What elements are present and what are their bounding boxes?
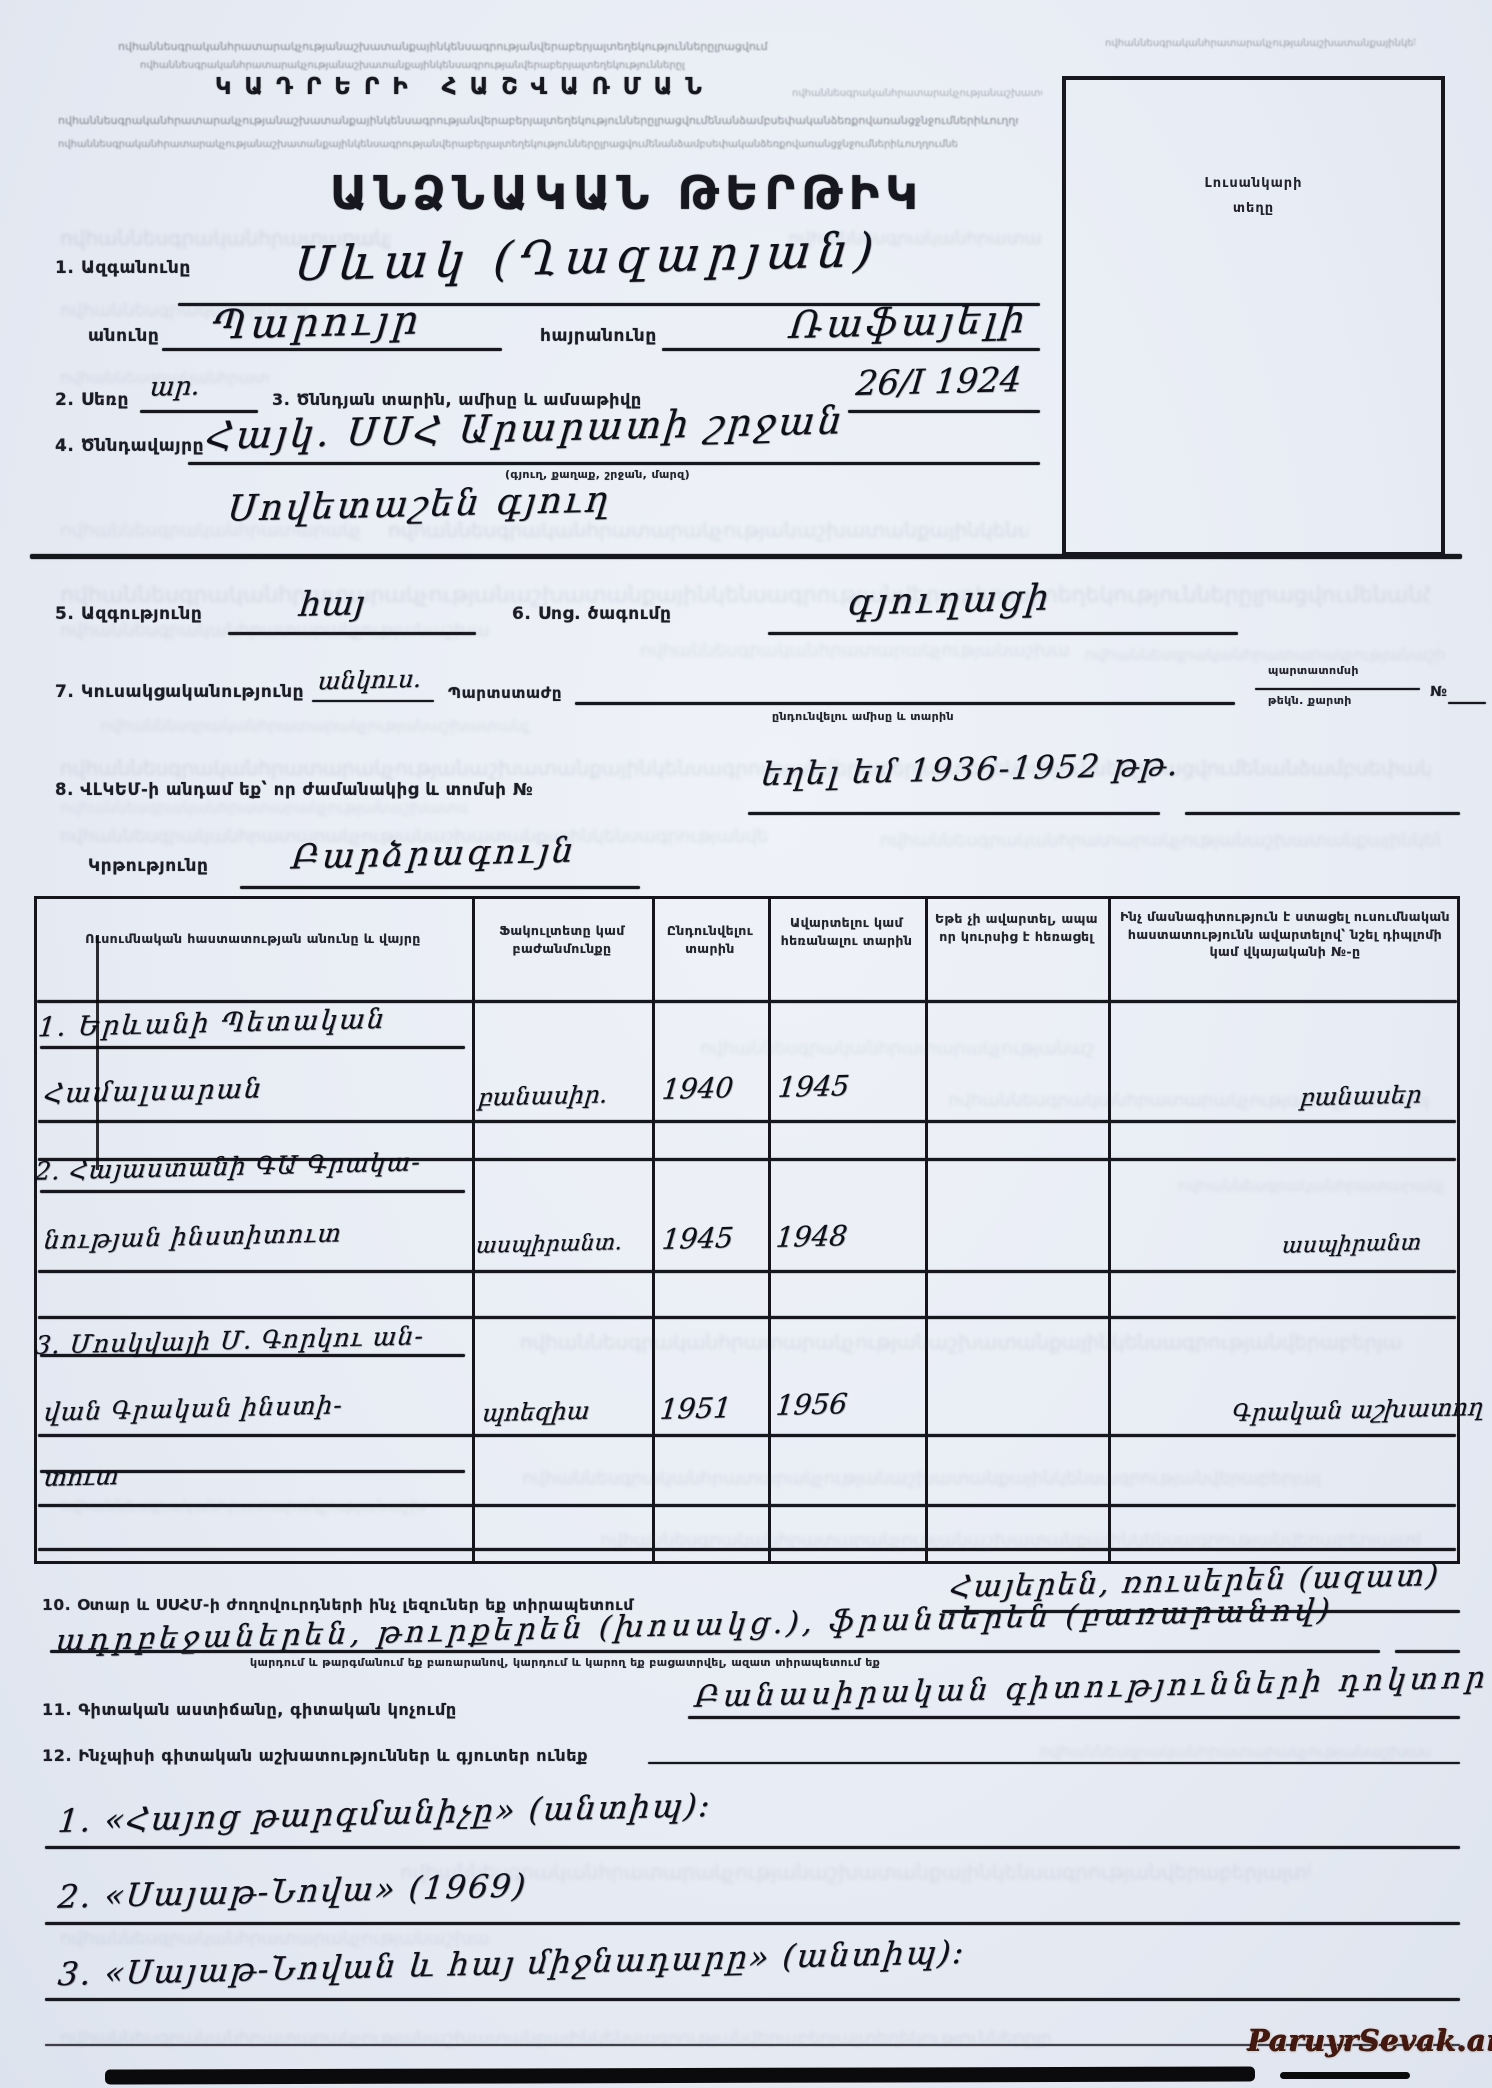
party-card-label-line2: թեկն. քարտի bbox=[1268, 694, 1352, 707]
surname-value: Սևակ (Ղազարյան) bbox=[292, 223, 882, 292]
rule-line bbox=[1448, 702, 1486, 704]
rule-line bbox=[162, 348, 502, 351]
education-label: Կրթությունը bbox=[88, 856, 209, 876]
bleedthrough-text: ովհաննեսգրականհրատարակչությանաշխատանքայի… bbox=[1085, 645, 1445, 664]
patronymic-value: Ռաֆայելի bbox=[788, 297, 1031, 347]
table-header-separator bbox=[37, 1000, 1457, 1003]
page-title: ԱՆՁՆԱԿԱՆ ԹԵՐԹԻԿ bbox=[330, 166, 924, 220]
form-department-heading: ԿԱԴՐԵՐԻ ՀԱՇՎԱՌՄԱՆ bbox=[215, 74, 715, 100]
bleedthrough-text: ովհաննեսգրականհրատարակչությանաշխատանքայի… bbox=[60, 756, 1430, 780]
rule-line bbox=[228, 632, 476, 635]
works-label: 12. Ինչպիսի գիտական աշխատություններ և գյ… bbox=[42, 1746, 588, 1765]
scanned-personnel-form: ԿԱԴՐԵՐԻ ՀԱՇՎԱՌՄԱՆ ԱՆՁՆԱԿԱՆ ԹԵՐԹԻԿ Լուսան… bbox=[0, 0, 1492, 2088]
table-row-2-specialty: ասպիրանտ bbox=[1281, 1230, 1423, 1258]
nationality-label: 5. Ազգությունը bbox=[55, 604, 202, 624]
table-row-2-year-finished: 1948 bbox=[774, 1219, 848, 1254]
firstname-value: Պարույր bbox=[210, 297, 425, 348]
table-row-3-faculty: պոեզիա bbox=[481, 1397, 591, 1428]
birthdate-value: 26/I 1924 bbox=[854, 360, 1023, 404]
fine-print-text: ովհաննեսգրականհրատարակչությանաշխատանքայի… bbox=[58, 114, 1018, 127]
komsomol-value: եղել եմ 1936-1952 թթ. bbox=[760, 745, 1182, 793]
fine-print-text: ովհաննեսգրականհրատարակչությանաշխատանքայի… bbox=[58, 139, 958, 150]
table-header-year-finished: Ավարտելու կամ հեռանալու տարին bbox=[772, 914, 921, 949]
table-row-2-faculty: ասպիրանտ. bbox=[475, 1230, 624, 1259]
sex-value: ար. bbox=[149, 371, 202, 402]
table-row-3-institution-line3: տուտ bbox=[43, 1461, 121, 1492]
party-value: անկուս. bbox=[317, 665, 423, 696]
party-admission-hint: ընդունվելու ամիսը և տարին bbox=[772, 710, 954, 723]
rule-line bbox=[50, 1650, 1380, 1653]
table-row-1-faculty: բանասիր. bbox=[477, 1080, 609, 1111]
work-item-2: 2. «Սայաթ-Նովա» (1969) bbox=[56, 1866, 529, 1916]
table-row-3-year-finished: 1956 bbox=[774, 1387, 848, 1422]
table-column-border bbox=[1108, 899, 1111, 1561]
rule-line bbox=[38, 1504, 1456, 1507]
work-item-3: 3. «Սայաթ-Նովան և հայ միջնադարը» (անտիպ)… bbox=[56, 1933, 967, 1993]
education-value: Բարձրագույն bbox=[290, 830, 578, 877]
degree-label: 11. Գիտական աստիճանը, գիտական կոչումը bbox=[42, 1700, 457, 1719]
table-header-year-admitted: Ընդունվելու տարին bbox=[656, 922, 764, 957]
rule-line bbox=[188, 462, 1040, 465]
rule-line bbox=[648, 1762, 1460, 1764]
komsomol-label: 8. ՎԼԿԵՄ-ի անդամ եք՝ որ ժամանակից և տոմս… bbox=[55, 780, 533, 799]
section-divider bbox=[30, 554, 1462, 559]
party-label: 7. Կուսակցականությունը bbox=[55, 682, 304, 702]
birthplace-label: 4. Ծննդավայրը bbox=[55, 436, 204, 456]
rule-line bbox=[848, 410, 1040, 413]
scan-edge-mark bbox=[96, 935, 99, 1170]
rule-line bbox=[575, 702, 1235, 705]
bleedthrough-text: ովհաննեսգրականհրատարակչությանաշխատանքայի… bbox=[640, 640, 1070, 661]
languages-proficiency-hint: կարդում և թարգմանում եք բառարանով, կարդո… bbox=[250, 1656, 880, 1669]
table-column-border bbox=[472, 899, 475, 1561]
photo-placeholder-label: Լուսանկարի տեղը bbox=[1066, 172, 1441, 221]
rule-line bbox=[1395, 1650, 1460, 1653]
bleedthrough-text: ովհաննեսգրականհրատարակչությանաշխատանքայի… bbox=[100, 716, 530, 735]
table-header-institution: Ուսումնական հաստատության անունը և վայրը bbox=[40, 930, 466, 948]
rule-line bbox=[748, 812, 1160, 815]
party-card-label-line1: պարտատոմսի bbox=[1268, 664, 1359, 677]
bleedthrough-text: ովհաննեսգրականհրատարակչությանաշխատանքայի… bbox=[1040, 1742, 1430, 1761]
rule-line bbox=[38, 1316, 1456, 1319]
sex-label: 2. Սեռը bbox=[55, 390, 129, 410]
table-row-3-year-admitted: 1951 bbox=[658, 1391, 732, 1426]
bleedthrough-text: ովհաննեսգրականհրատարակչությանաշխատանքայի… bbox=[60, 583, 1430, 608]
rule-line bbox=[240, 886, 640, 889]
rule-line bbox=[45, 1846, 1460, 1849]
fine-print-text: ովհաննեսգրականհրատարակչությանաշխատանքայի… bbox=[1105, 38, 1415, 49]
rule-line bbox=[40, 1190, 465, 1193]
rule-line bbox=[768, 632, 1238, 635]
fine-print-text: ովհաննեսգրականհրատարակչությանաշխատանքայի… bbox=[792, 88, 1042, 99]
scan-edge-bar bbox=[1280, 2072, 1410, 2079]
rule-line bbox=[38, 1434, 1456, 1437]
table-header-specialty: Ինչ մասնագիտություն է ստացել ուսումնական… bbox=[1114, 908, 1456, 961]
rule-line bbox=[38, 1270, 1456, 1273]
table-header-left-course: Եթե չի ավարտել, ապա որ կուրսից է հեռացել bbox=[929, 910, 1104, 945]
party-stage-label: Պարտստաժը bbox=[448, 684, 562, 702]
rule-line bbox=[662, 348, 1040, 351]
rule-line bbox=[1255, 688, 1420, 690]
table-row-1-institution-line2: Համալսարան bbox=[43, 1073, 265, 1109]
nationality-value: հայ bbox=[298, 583, 366, 625]
rule-line bbox=[45, 1922, 1460, 1925]
rule-line bbox=[40, 1046, 465, 1049]
firstname-label: անունը bbox=[88, 326, 159, 346]
table-row-1-specialty: բանասեր bbox=[1299, 1080, 1423, 1111]
surname-label: 1. Ազգանունը bbox=[55, 258, 191, 278]
rule-line bbox=[38, 1120, 1456, 1123]
rule-line bbox=[38, 1548, 1456, 1551]
table-row-2-year-admitted: 1945 bbox=[660, 1221, 734, 1256]
patronymic-label: հայրանունը bbox=[540, 326, 657, 346]
photo-placeholder-box: Լուսանկարի տեղը bbox=[1062, 76, 1445, 556]
table-column-border bbox=[652, 899, 655, 1561]
bleedthrough-text: ովհաննեսգրականհրատարակչությանաշխատանքայի… bbox=[400, 1860, 1310, 1884]
birthplace-village-value: Սովետաշեն գյուղ bbox=[226, 479, 613, 529]
rule-line bbox=[312, 700, 434, 702]
rule-line bbox=[1185, 812, 1460, 815]
fine-print-text: ովհաննեսգրականհրատարակչությանաշխատանքայի… bbox=[118, 40, 768, 53]
table-row-1-year-admitted: 1940 bbox=[660, 1071, 734, 1106]
rule-line bbox=[688, 1716, 1460, 1719]
watermark: ParuyrSevak.am bbox=[1248, 2024, 1492, 2058]
table-row-1-year-finished: 1945 bbox=[776, 1069, 850, 1104]
work-item-1: 1. «Հայոց թարգմանիչը» (անտիպ)։ bbox=[56, 1786, 713, 1840]
party-card-number-sign: № bbox=[1430, 684, 1447, 700]
bleedthrough-text: ովհաննեսգրականհրատարակչությանաշխատանքայի… bbox=[60, 798, 470, 817]
social-origin-label: 6. Սոց. ծագումը bbox=[512, 604, 672, 624]
rule-line bbox=[45, 1998, 1460, 2001]
table-header-faculty: Ֆակուլտետը կամ բաժանմունքը bbox=[476, 922, 648, 957]
table-column-border bbox=[768, 899, 771, 1561]
scan-edge-bar bbox=[105, 2066, 1255, 2084]
fine-print-text: ովհաննեսգրականհրատարակչությանաշխատանքայի… bbox=[140, 60, 685, 71]
table-column-border bbox=[925, 899, 928, 1561]
social-origin-value: գյուղացի bbox=[846, 577, 1054, 623]
bleedthrough-text: ովհաննեսգրականհրատարակչությանաշխատանքայի… bbox=[880, 830, 1440, 851]
